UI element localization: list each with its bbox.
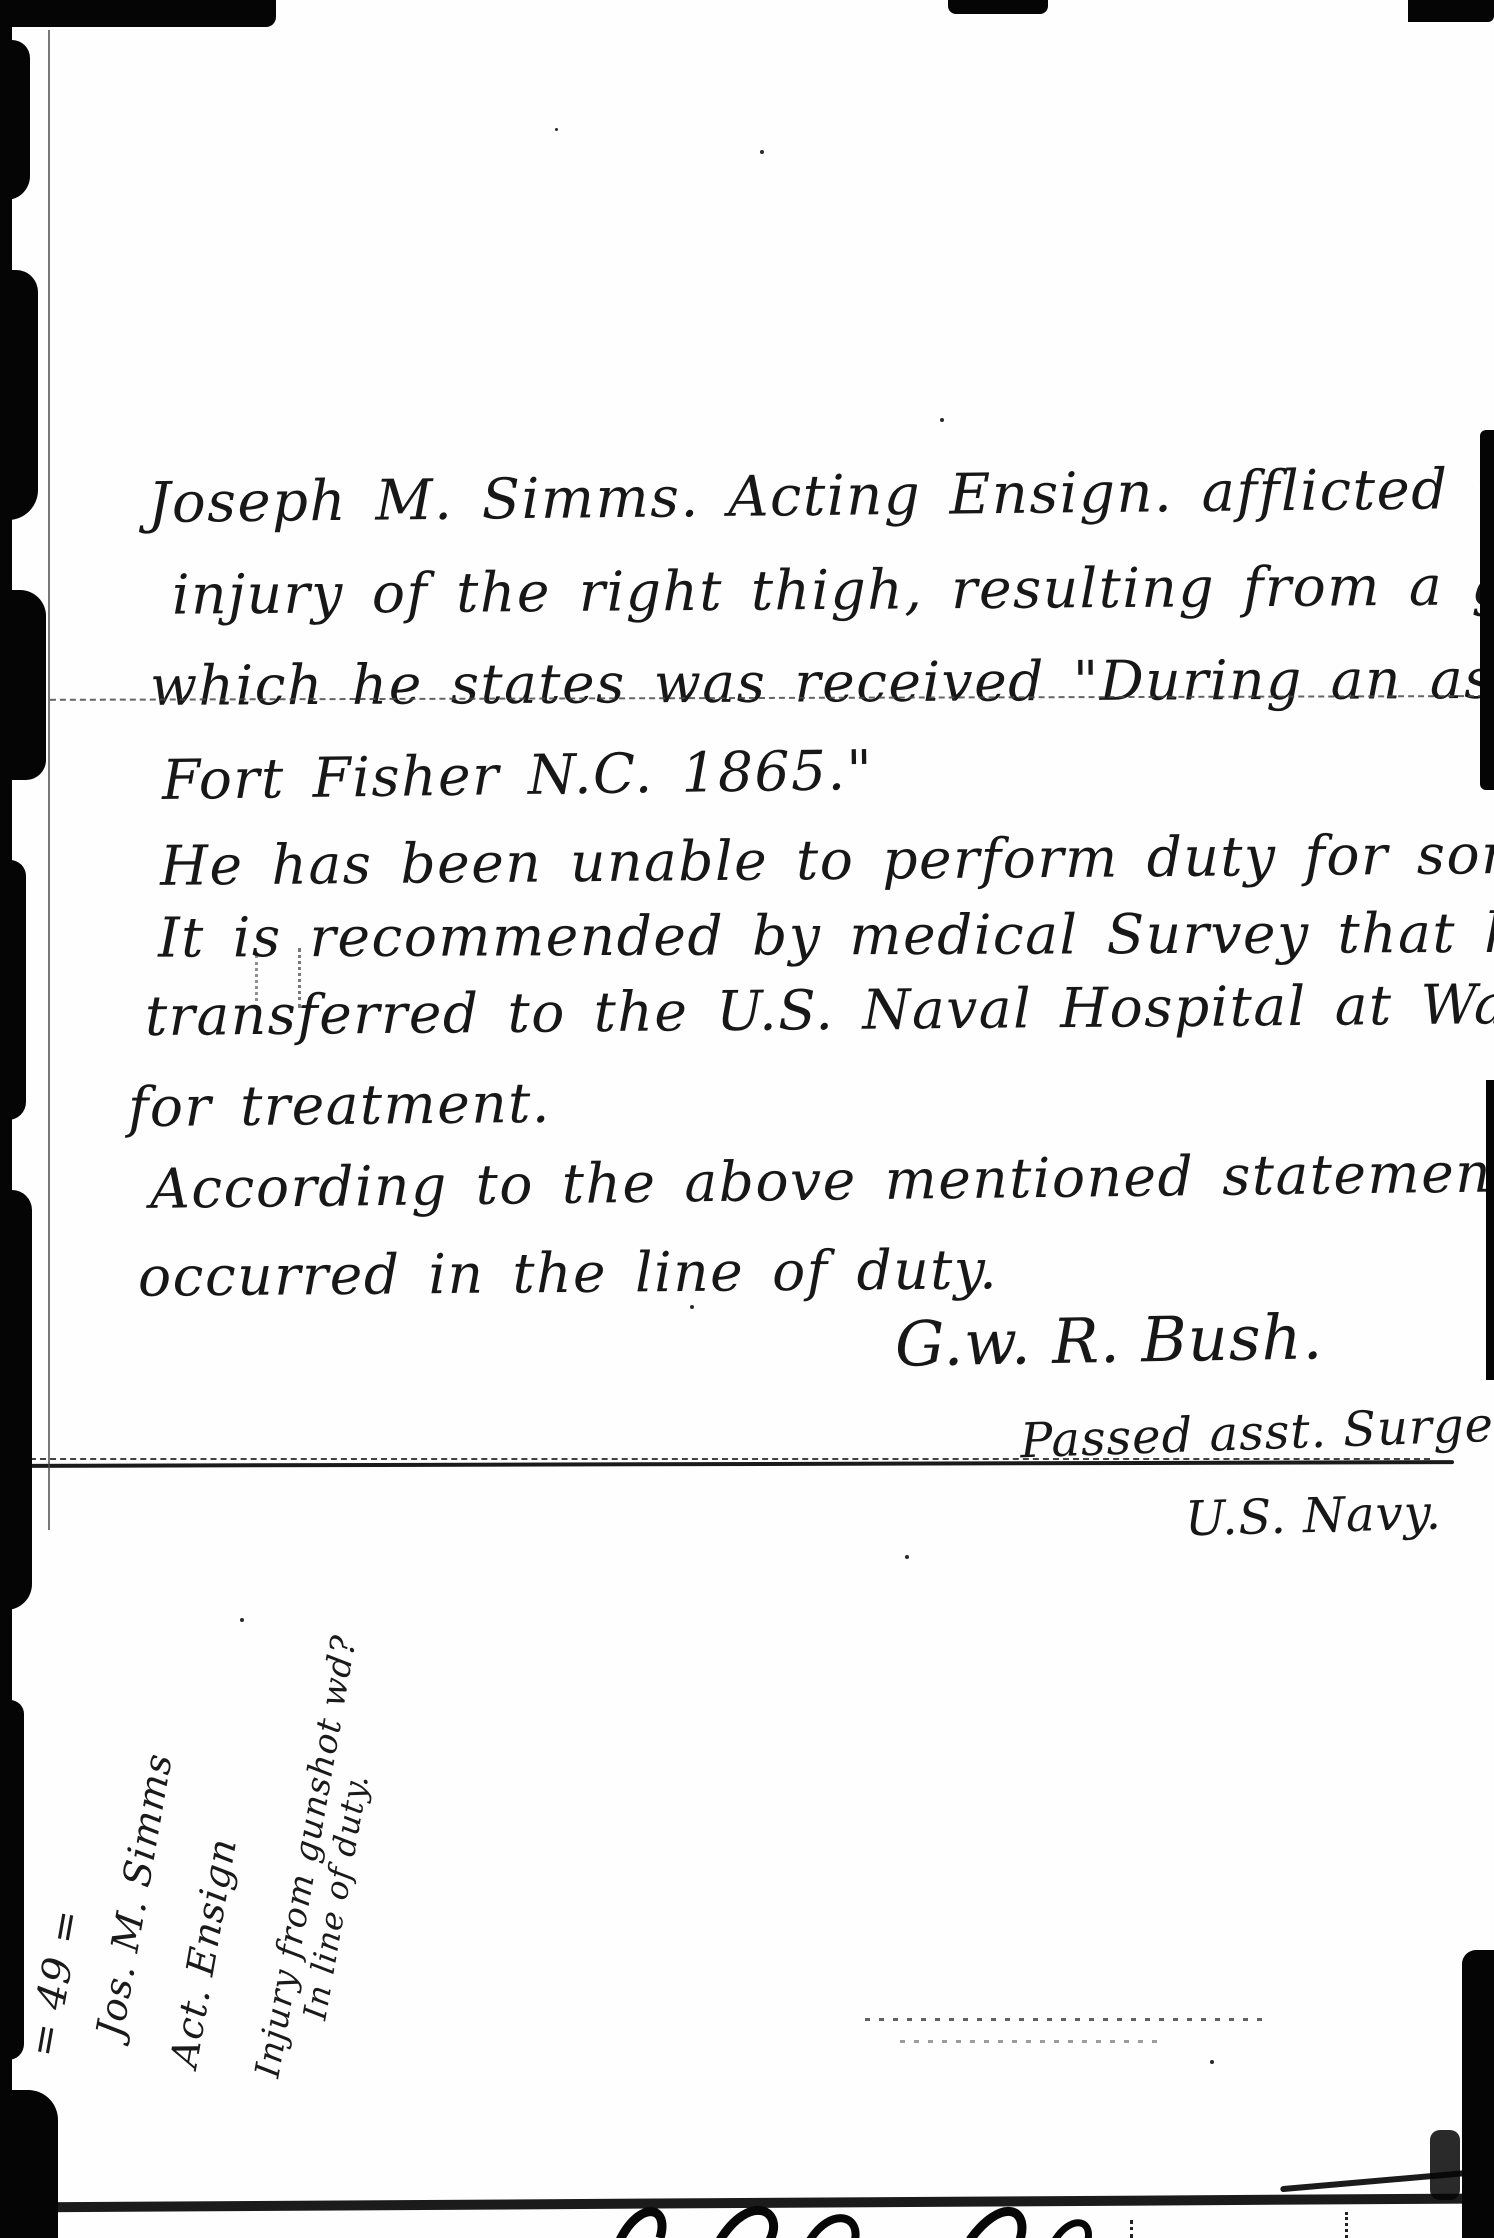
torn-edge-left-blob [0, 1700, 24, 2060]
torn-edge-left-blob [0, 270, 38, 520]
page-binding-line [48, 30, 50, 1530]
torn-edge-left-blob [0, 40, 30, 200]
handwritten-line: injury of the right thigh, resulting fro… [172, 556, 1494, 622]
torn-edge-right-strip [1486, 1080, 1494, 1380]
signature-title: Passed asst. Surgeon [1019, 1399, 1494, 1466]
handwritten-line: transferred to the U.S. Naval Hospital a… [145, 975, 1494, 1044]
torn-edge-top-mid [948, 0, 1048, 14]
speckle-band [900, 2040, 1160, 2043]
torn-edge-right-smudge [1430, 2130, 1460, 2200]
docket-name: Jos. M. Simms [91, 1750, 178, 2040]
ink-speck [760, 150, 764, 154]
torn-edge-left-blob [0, 860, 26, 1120]
dotted-mark [298, 948, 301, 1008]
handwritten-line: for treatment. [128, 1076, 551, 1135]
dotted-mark [1345, 2212, 1348, 2238]
ink-speck [690, 1305, 694, 1309]
docket-rank: Act. Ensign [165, 1835, 243, 2070]
handwritten-line: He has been unable to perform duty for s… [160, 825, 1494, 894]
ink-speck [1258, 1165, 1262, 1169]
ink-speck [240, 1618, 244, 1622]
ink-speck [1210, 2060, 1214, 2064]
handwritten-line: Fort Fisher N.C. 1865." [162, 743, 874, 808]
handwritten-line: It is recommended by medical Survey that… [158, 905, 1494, 965]
ink-speck [905, 1555, 909, 1559]
cut-off-handwriting-strokes [600, 2200, 1300, 2238]
torn-edge-left-blob [0, 590, 46, 780]
torn-edge-top-right [1408, 0, 1494, 22]
scanned-document-page: { "page": { "description_title": "Handwr… [0, 0, 1494, 2238]
handwritten-line: occurred in the line of duty. [138, 1242, 999, 1305]
ink-speck [555, 128, 558, 131]
signature-organization: U.S. Navy. [1184, 1489, 1442, 1544]
torn-edge-bottom-left-corner [0, 2090, 58, 2238]
torn-edge-right-strip [1480, 430, 1494, 790]
docket-case-number: = 49 = [23, 1906, 88, 2060]
handwritten-line: which he states was received "During an … [150, 651, 1494, 714]
handwritten-line: Joseph M. Simms. Acting Ensign. afflicte… [148, 460, 1494, 532]
handwritten-line: According to the above mentioned stateme… [150, 1142, 1494, 1217]
torn-edge-top-left [0, 0, 276, 27]
dotted-mark [255, 955, 258, 1001]
section-divider-line [30, 1460, 1454, 1468]
section-divider-rough-edge [30, 1458, 1430, 1460]
torn-edge-left-blob [0, 1190, 32, 1610]
torn-edge-bottom-right-corner [1462, 1950, 1494, 2238]
ink-speck [940, 418, 944, 422]
signature-name: G.w. R. Bush. [894, 1306, 1323, 1375]
speckle-band [865, 2018, 1265, 2021]
